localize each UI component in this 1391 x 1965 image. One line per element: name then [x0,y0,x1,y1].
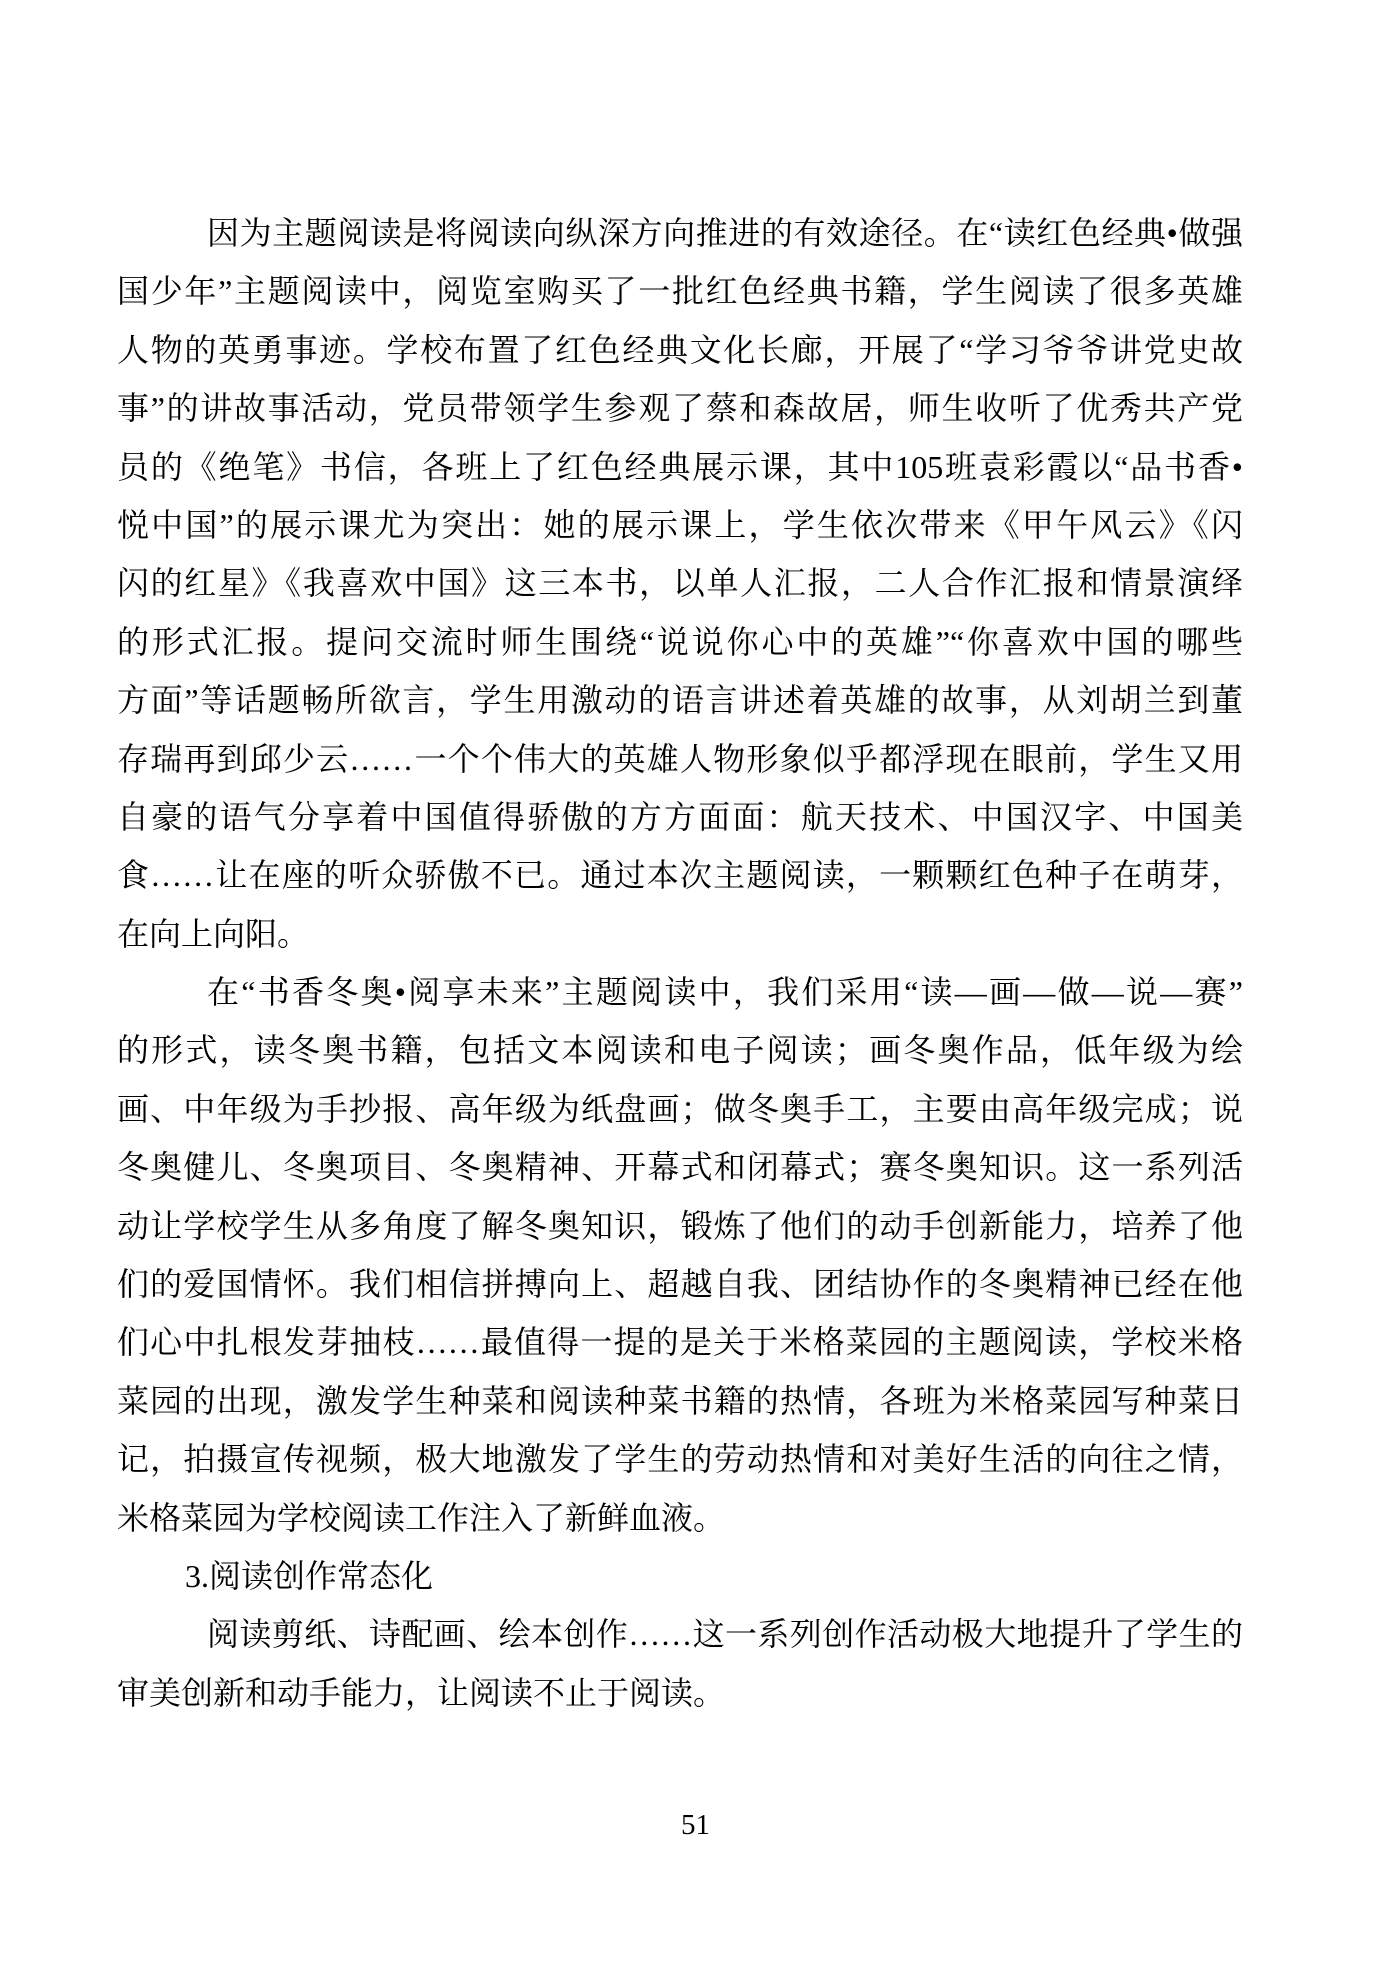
text-line: 菜园的出现，激发学生种菜和阅读种菜书籍的热情，各班为米格菜园写种菜日 [117,1372,1243,1430]
text-line: 阅读剪纸、诗配画、绘本创作……这一系列创作活动极大地提升了学生的 [117,1605,1243,1663]
text-line: 悦中国”的展示课尤为突出：她的展示课上，学生依次带来《甲午风云》《闪 [117,496,1243,554]
document-page: 因为主题阅读是将阅读向纵深方向推进的有效途径。在“读红色经典•做强 国少年”主题… [0,0,1391,1965]
text-line: 国少年”主题阅读中，阅览室购买了一批红色经典书籍，学生阅读了很多英雄 [117,262,1243,320]
paragraph-heading-reading-creation: 3.阅读创作常态化 [117,1547,1243,1605]
text-line: 存瑞再到邱少云……一个个伟大的英雄人物形象似乎都浮现在眼前，学生又用 [117,730,1243,788]
text-line: 在“书香冬奥•阅享未来”主题阅读中，我们采用“读—画—做—说—赛” [117,963,1243,1021]
text-line: 动让学校学生从多角度了解冬奥知识，锻炼了他们的动手创新能力，培养了他 [117,1197,1243,1255]
text-line: 事”的讲故事活动，党员带领学生参观了蔡和森故居，师生收听了优秀共产党 [117,379,1243,437]
text-line: 冬奥健儿、冬奥项目、冬奥精神、开幕式和闭幕式；赛冬奥知识。这一系列活 [117,1138,1243,1196]
text-line: 米格菜园为学校阅读工作注入了新鲜血液。 [117,1489,1243,1547]
text-line: 员的《绝笔》书信，各班上了红色经典展示课，其中105班袁彩霞以“品书香• [117,438,1243,496]
text-line: 审美创新和动手能力，让阅读不止于阅读。 [117,1664,1243,1722]
text-line: 记，拍摄宣传视频，极大地激发了学生的劳动热情和对美好生活的向往之情， [117,1430,1243,1488]
paragraph-theme-reading-red-classics: 因为主题阅读是将阅读向纵深方向推进的有效途径。在“读红色经典•做强 国少年”主题… [117,204,1243,963]
paragraph-theme-reading-winter-olympics: 在“书香冬奥•阅享未来”主题阅读中，我们采用“读—画—做—说—赛” 的形式，读冬… [117,963,1243,1547]
text-line: 的形式汇报。提问交流时师生围绕“说说你心中的英雄”“你喜欢中国的哪些 [117,613,1243,671]
section-heading: 3.阅读创作常态化 [117,1547,1243,1605]
text-line: 因为主题阅读是将阅读向纵深方向推进的有效途径。在“读红色经典•做强 [117,204,1243,262]
text-line: 人物的英勇事迹。学校布置了红色经典文化长廊，开展了“学习爷爷讲党史故 [117,321,1243,379]
paragraph-reading-creation-detail: 阅读剪纸、诗配画、绘本创作……这一系列创作活动极大地提升了学生的 审美创新和动手… [117,1605,1243,1722]
text-line: 的形式，读冬奥书籍，包括文本阅读和电子阅读；画冬奥作品，低年级为绘 [117,1021,1243,1079]
body-text: 因为主题阅读是将阅读向纵深方向推进的有效途径。在“读红色经典•做强 国少年”主题… [117,204,1243,1722]
text-line: 们心中扎根发芽抽枝……最值得一提的是关于米格菜园的主题阅读，学校米格 [117,1313,1243,1371]
text-line: 食……让在座的听众骄傲不已。通过本次主题阅读，一颗颗红色种子在萌芽， [117,846,1243,904]
text-line: 在向上向阳。 [117,905,1243,963]
text-line: 闪的红星》《我喜欢中国》这三本书，以单人汇报，二人合作汇报和情景演绎 [117,554,1243,612]
text-line: 们的爱国情怀。我们相信拼搏向上、超越自我、团结协作的冬奥精神已经在他 [117,1255,1243,1313]
text-line: 自豪的语气分享着中国值得骄傲的方方面面：航天技术、中国汉字、中国美 [117,788,1243,846]
text-line: 画、中年级为手抄报、高年级为纸盘画；做冬奥手工，主要由高年级完成；说 [117,1080,1243,1138]
text-line: 方面”等话题畅所欲言，学生用激动的语言讲述着英雄的故事，从刘胡兰到董 [117,671,1243,729]
page-number: 51 [0,1806,1391,1844]
